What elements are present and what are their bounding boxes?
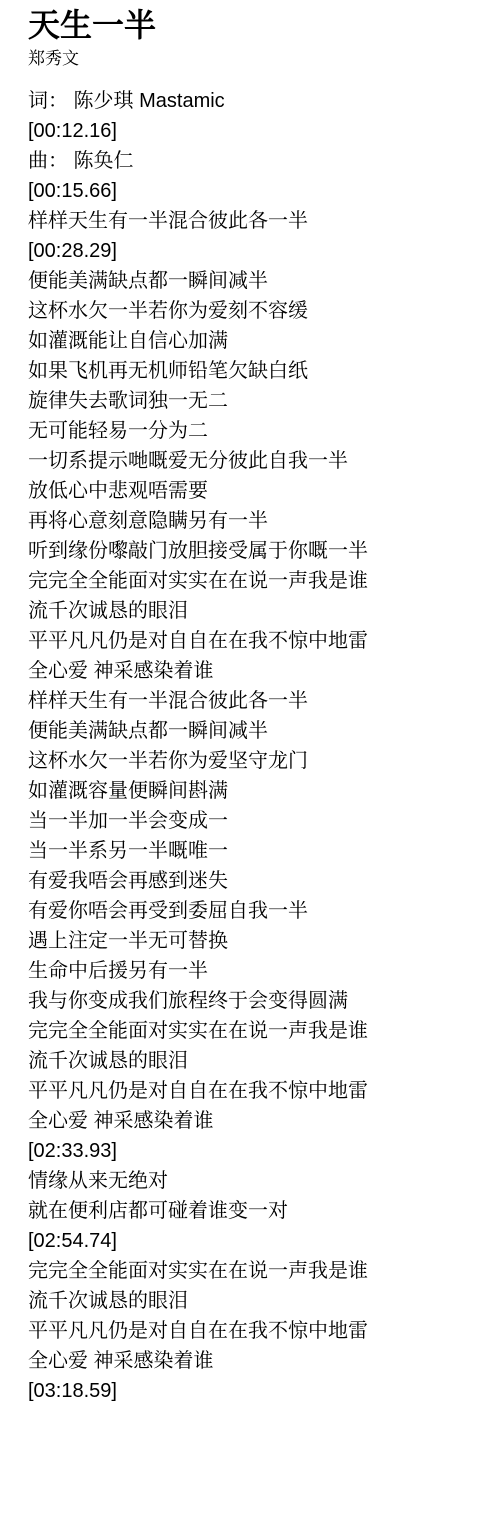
- lyric-line: 听到缘份嚟敲门放胆接受属于你嘅一半: [28, 536, 490, 566]
- lyric-line: 样样天生有一半混合彼此各一半: [28, 686, 490, 716]
- lyric-line: 放低心中悲观唔需要: [28, 476, 490, 506]
- lyric-line: 如灌溉能让自信心加满: [28, 326, 490, 356]
- lyric-line: 词： 陈少琪 Mastamic: [28, 86, 490, 116]
- lyric-line: 有爱我唔会再感到迷失: [28, 866, 490, 896]
- timestamp-line: [02:33.93]: [28, 1136, 490, 1166]
- timestamp-line: [03:18.59]: [28, 1376, 490, 1406]
- lyric-line: 如灌溉容量便瞬间斟满: [28, 776, 490, 806]
- lyric-line: 生命中后援另有一半: [28, 956, 490, 986]
- lyric-line: 再将心意刻意隐瞒另有一半: [28, 506, 490, 536]
- lyric-line: 完完全全能面对实实在在说一声我是谁: [28, 1016, 490, 1046]
- song-title: 天生一半: [28, 6, 490, 44]
- timestamp-line: [00:12.16]: [28, 116, 490, 146]
- lyric-line: 就在便利店都可碰着谁变一对: [28, 1196, 490, 1226]
- lyric-line: 我与你变成我们旅程终于会变得圆满: [28, 986, 490, 1016]
- lyric-line: 全心爱 神采感染着谁: [28, 1106, 490, 1136]
- lyric-line: 流千次诚恳的眼泪: [28, 1286, 490, 1316]
- lyric-line: 完完全全能面对实实在在说一声我是谁: [28, 566, 490, 596]
- lyric-line: 全心爱 神采感染着谁: [28, 656, 490, 686]
- lyric-line: 便能美满缺点都一瞬间减半: [28, 266, 490, 296]
- lyrics-container: 词： 陈少琪 Mastamic[00:12.16]曲： 陈奂仁[00:15.66…: [28, 86, 490, 1406]
- timestamp-line: [00:15.66]: [28, 176, 490, 206]
- lyric-line: 情缘从来无绝对: [28, 1166, 490, 1196]
- lyric-line: 平平凡凡仍是对自自在在我不惊中地雷: [28, 626, 490, 656]
- lyric-line: 当一半加一半会变成一: [28, 806, 490, 836]
- lyric-line: 完完全全能面对实实在在说一声我是谁: [28, 1256, 490, 1286]
- lyric-line: 有爱你唔会再受到委屈自我一半: [28, 896, 490, 926]
- lyrics-page: 天生一半 郑秀文 词： 陈少琪 Mastamic[00:12.16]曲： 陈奂仁…: [0, 0, 500, 1540]
- lyric-line: 流千次诚恳的眼泪: [28, 1046, 490, 1076]
- timestamp-line: [02:54.74]: [28, 1226, 490, 1256]
- lyric-line: 遇上注定一半无可替换: [28, 926, 490, 956]
- lyric-line: 便能美满缺点都一瞬间减半: [28, 716, 490, 746]
- lyric-line: 平平凡凡仍是对自自在在我不惊中地雷: [28, 1076, 490, 1106]
- lyric-line: 当一半系另一半嘅唯一: [28, 836, 490, 866]
- lyric-line: 这杯水欠一半若你为爱刻不容缓: [28, 296, 490, 326]
- artist-name: 郑秀文: [28, 48, 490, 70]
- lyric-line: 流千次诚恳的眼泪: [28, 596, 490, 626]
- lyric-line: 旋律失去歌词独一无二: [28, 386, 490, 416]
- lyric-line: 样样天生有一半混合彼此各一半: [28, 206, 490, 236]
- timestamp-line: [00:28.29]: [28, 236, 490, 266]
- lyric-line: 如果飞机再无机师铅笔欠缺白纸: [28, 356, 490, 386]
- lyric-line: 平平凡凡仍是对自自在在我不惊中地雷: [28, 1316, 490, 1346]
- lyric-line: 曲： 陈奂仁: [28, 146, 490, 176]
- lyric-line: 这杯水欠一半若你为爱坚守龙门: [28, 746, 490, 776]
- lyric-line: 一切系提示哋嘅爱无分彼此自我一半: [28, 446, 490, 476]
- lyric-line: 无可能轻易一分为二: [28, 416, 490, 446]
- lyric-line: 全心爱 神采感染着谁: [28, 1346, 490, 1376]
